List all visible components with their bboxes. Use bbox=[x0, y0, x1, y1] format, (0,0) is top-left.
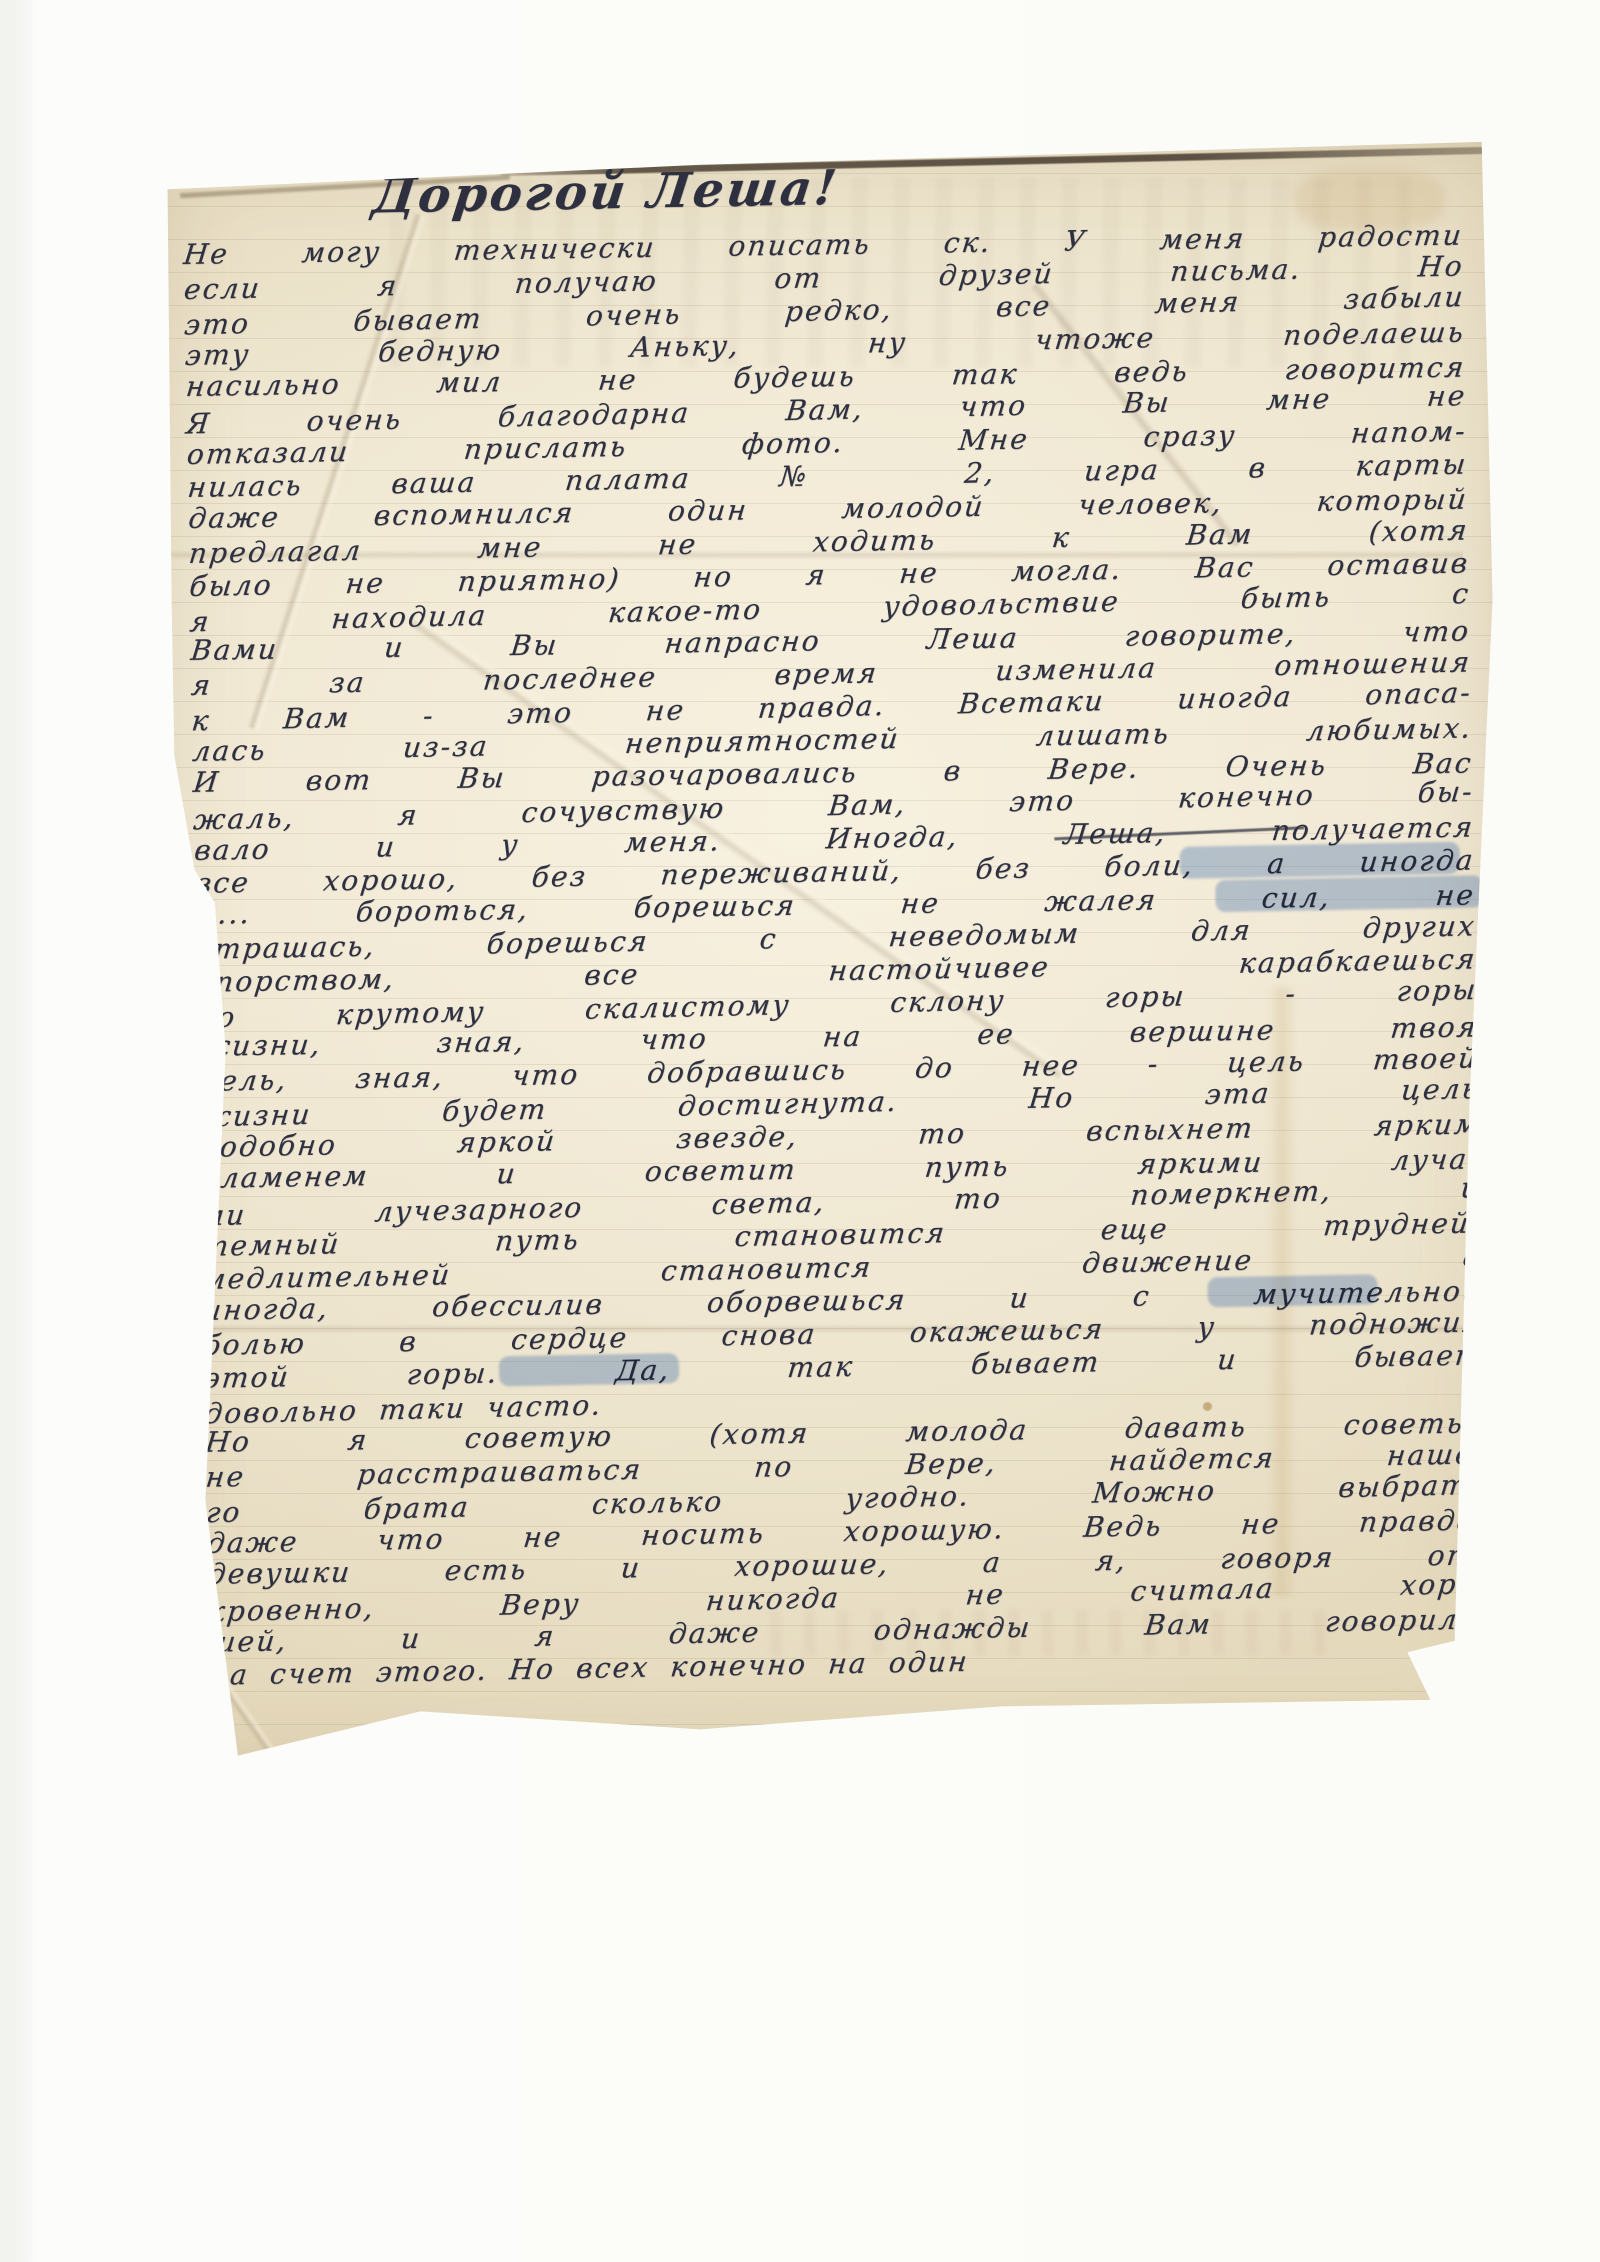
letter-content: Дорогой Леша! Не могу технически описать… bbox=[182, 148, 1500, 1691]
letter-paper-sheet: Дорогой Леша! Не могу технически описать… bbox=[150, 132, 1502, 1772]
pen-note-text: 4° bbox=[1050, 1714, 1072, 1735]
scan-background: Дорогой Леша! Не могу технически описать… bbox=[0, 0, 1600, 2262]
letter-body: Не могу технически описать ск. У меня ра… bbox=[183, 217, 1489, 1692]
margin-pen-note: 4°· bbox=[1050, 1712, 1077, 1735]
red-ink-fleck: · bbox=[1072, 1712, 1077, 1726]
salutation-line: Дорогой Леша! bbox=[369, 148, 1476, 230]
